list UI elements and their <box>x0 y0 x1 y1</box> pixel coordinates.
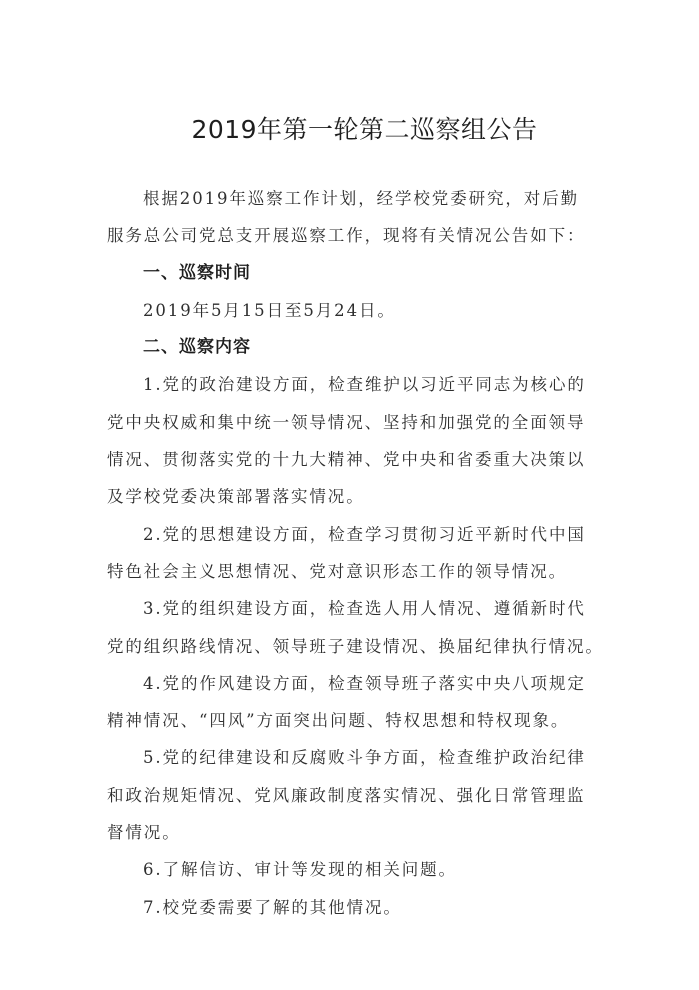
document-page: 2019年第一轮第二巡察组公告 根据2019年巡察工作计划，经学校党委研究，对后… <box>0 0 699 990</box>
content-item-5: 5.党的纪律建设和反腐败斗争方面，检查维护政治纪律 和政治规矩情况、党风廉政制度… <box>107 739 593 851</box>
content-item-line: 6.了解信访、审计等发现的相关问题。 <box>107 851 593 888</box>
section-heading-inspection-content: 二、巡察内容 <box>107 329 593 366</box>
intro-paragraph: 根据2019年巡察工作计划，经学校党委研究，对后勤 服务总公司党总支开展巡察工作… <box>107 180 593 255</box>
content-item-line: 督情况。 <box>107 814 593 851</box>
content-item-line: 2.党的思想建设方面，检查学习贯彻习近平新时代中国 <box>107 516 593 553</box>
intro-line: 根据2019年巡察工作计划，经学校党委研究，对后勤 <box>107 180 593 217</box>
content-item-line: 和政治规矩情况、党风廉政制度落实情况、强化日常管理监 <box>107 777 593 814</box>
document-title: 2019年第一轮第二巡察组公告 <box>0 110 699 146</box>
content-item-4: 4.党的作风建设方面，检查领导班子落实中央八项规定 精神情况、“四风”方面突出问… <box>107 665 593 740</box>
content-item-line: 及学校党委决策部署落实情况。 <box>107 478 593 515</box>
inspection-time-paragraph: 2019年5月15日至5月24日。 <box>107 292 593 329</box>
intro-line: 服务总公司党总支开展巡察工作，现将有关情况公告如下： <box>107 217 593 254</box>
content-item-6: 6.了解信访、审计等发现的相关问题。 <box>107 851 593 888</box>
content-item-line: 1.党的政治建设方面，检查维护以习近平同志为核心的 <box>107 366 593 403</box>
content-item-line: 党的组织路线情况、领导班子建设情况、换届纪律执行情况。 <box>107 628 593 665</box>
content-item-line: 党中央权威和集中统一领导情况、坚持和加强党的全面领导 <box>107 404 593 441</box>
content-item-line: 5.党的纪律建设和反腐败斗争方面，检查维护政治纪律 <box>107 739 593 776</box>
content-item-line: 情况、贯彻落实党的十九大精神、党中央和省委重大决策以 <box>107 441 593 478</box>
content-item-2: 2.党的思想建设方面，检查学习贯彻习近平新时代中国 特色社会主义思想情况、党对意… <box>107 516 593 591</box>
content-item-line: 7.校党委需要了解的其他情况。 <box>107 889 593 926</box>
section-heading-inspection-time: 一、巡察时间 <box>107 255 593 292</box>
content-item-3: 3.党的组织建设方面，检查选人用人情况、遵循新时代 党的组织路线情况、领导班子建… <box>107 590 593 665</box>
content-item-1: 1.党的政治建设方面，检查维护以习近平同志为核心的 党中央权威和集中统一领导情况… <box>107 366 593 515</box>
content-item-line: 3.党的组织建设方面，检查选人用人情况、遵循新时代 <box>107 590 593 627</box>
inspection-time-text: 2019年5月15日至5月24日。 <box>107 292 593 329</box>
content-item-7: 7.校党委需要了解的其他情况。 <box>107 889 593 926</box>
content-item-line: 精神情况、“四风”方面突出问题、特权思想和特权现象。 <box>107 702 593 739</box>
content-item-line: 4.党的作风建设方面，检查领导班子落实中央八项规定 <box>107 665 593 702</box>
content-item-line: 特色社会主义思想情况、党对意识形态工作的领导情况。 <box>107 553 593 590</box>
document-body: 根据2019年巡察工作计划，经学校党委研究，对后勤 服务总公司党总支开展巡察工作… <box>107 180 593 926</box>
